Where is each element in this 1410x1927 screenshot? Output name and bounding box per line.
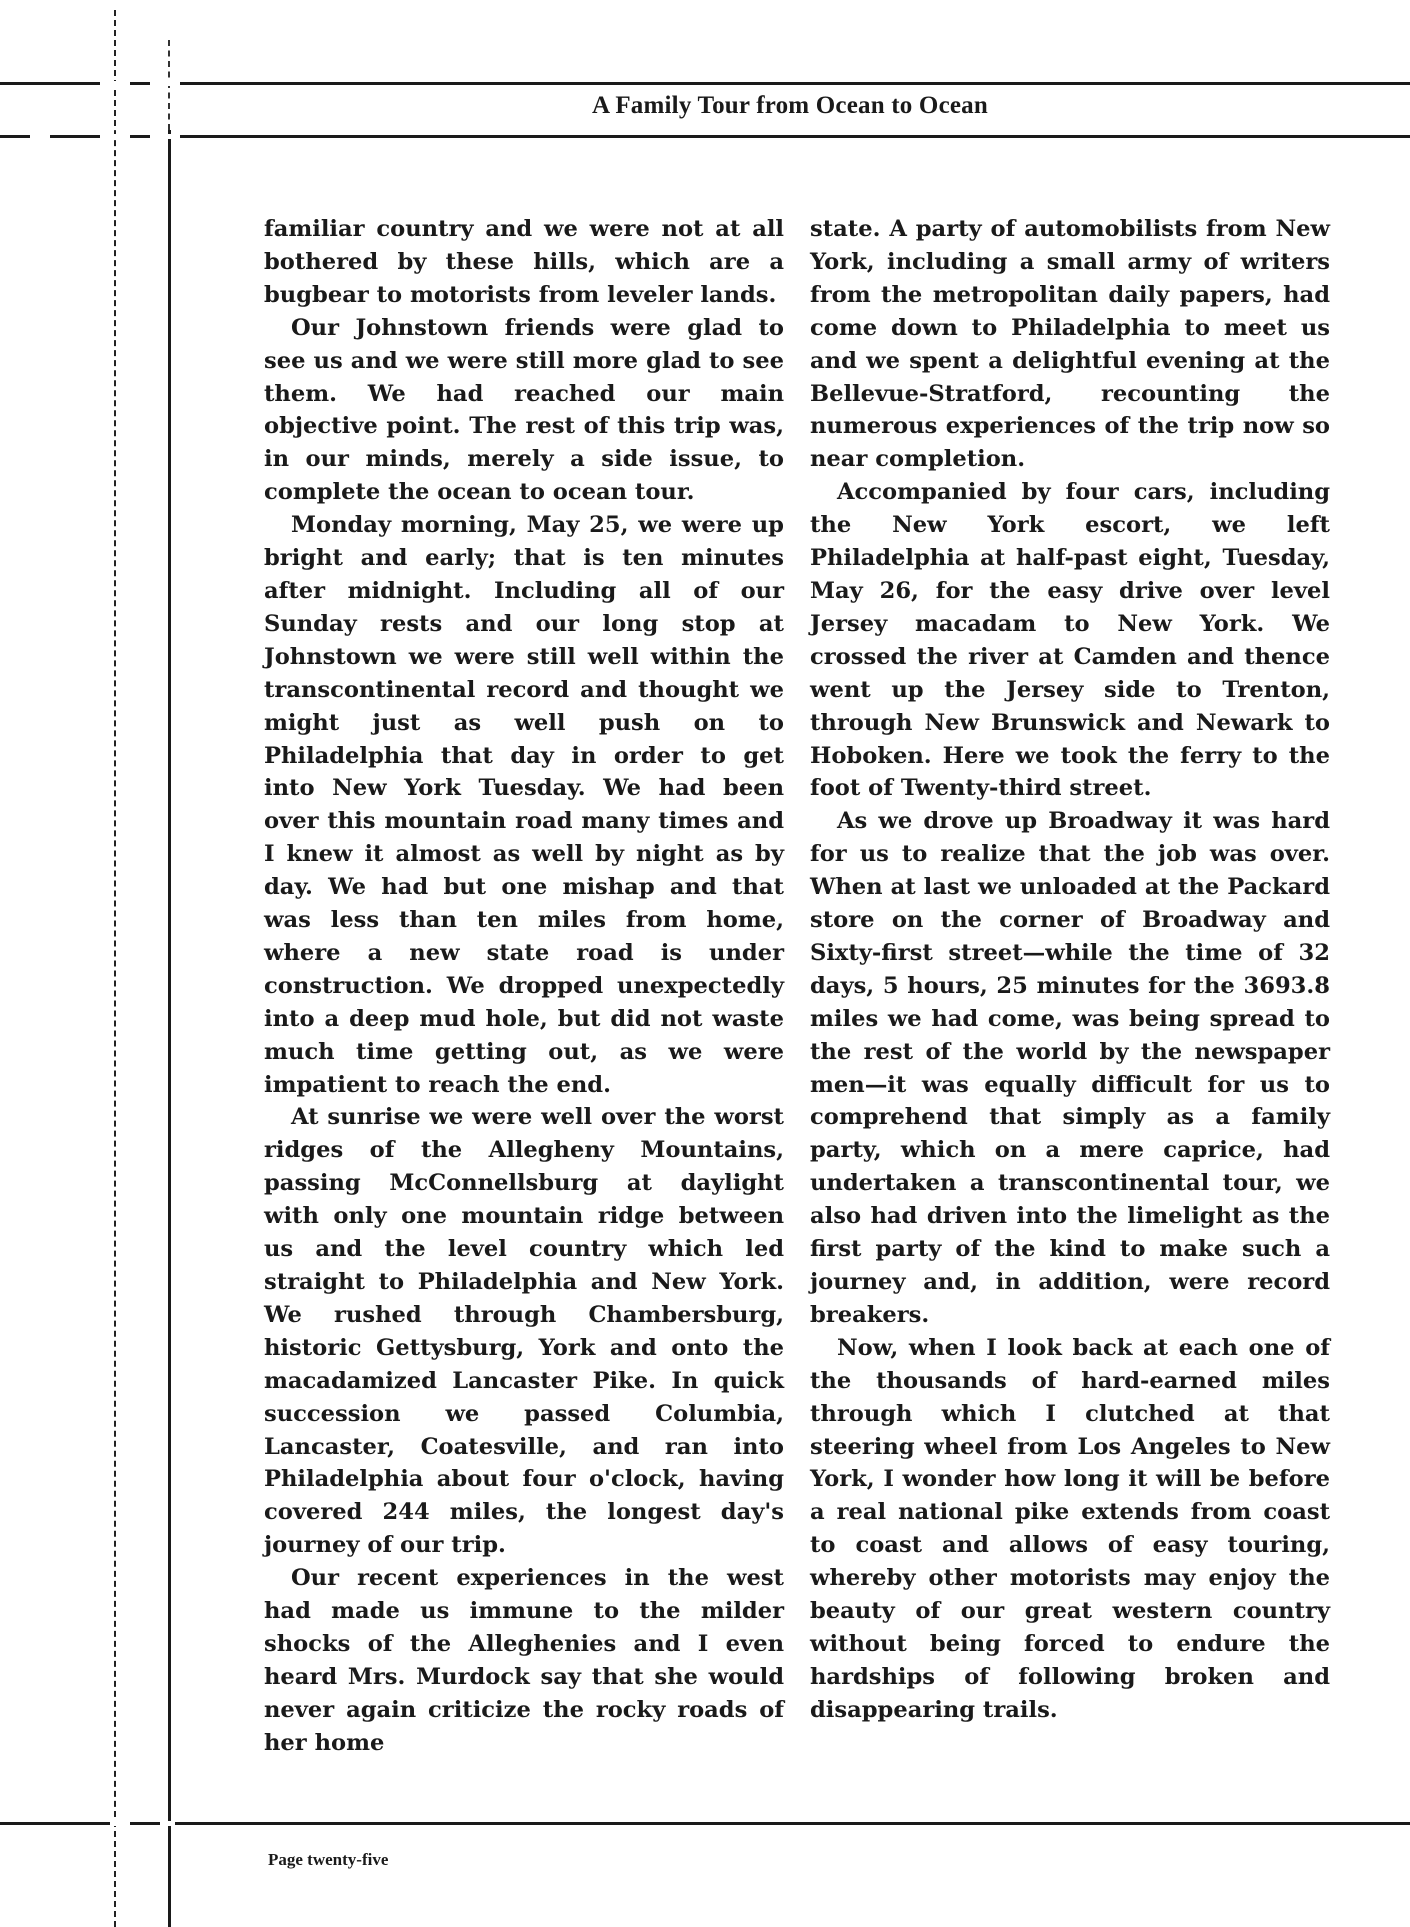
- paragraph: Monday morning, May 25, we were up brigh…: [264, 509, 784, 1101]
- paragraph: Accompanied by four cars, including the …: [810, 476, 1330, 805]
- page-number: Page twenty-five: [268, 1850, 388, 1870]
- header-rule-top: [0, 82, 1410, 85]
- paragraph: familiar country and we were not at all …: [264, 213, 784, 312]
- left-text-column: familiar country and we were not at all …: [264, 213, 784, 1760]
- right-text-column: state. A party of automobilists from New…: [810, 213, 1330, 1727]
- paragraph: As we drove up Broadway it was hard for …: [810, 805, 1330, 1332]
- paragraph: Our Johnstown friends were glad to see u…: [264, 312, 784, 509]
- left-margin-rule-inner: [168, 130, 171, 1927]
- header-rule-bottom: [0, 135, 1410, 138]
- paragraph: At sunrise we were well over the worst r…: [264, 1101, 784, 1562]
- left-margin-rule-outer: [114, 10, 116, 1927]
- footer-rule: [0, 1822, 1410, 1825]
- paragraph: state. A party of automobilists from New…: [810, 213, 1330, 476]
- paragraph: Now, when I look back at each one of the…: [810, 1332, 1330, 1727]
- paragraph: Our recent experiences in the west had m…: [264, 1562, 784, 1759]
- running-title: A Family Tour from Ocean to Ocean: [170, 92, 1410, 120]
